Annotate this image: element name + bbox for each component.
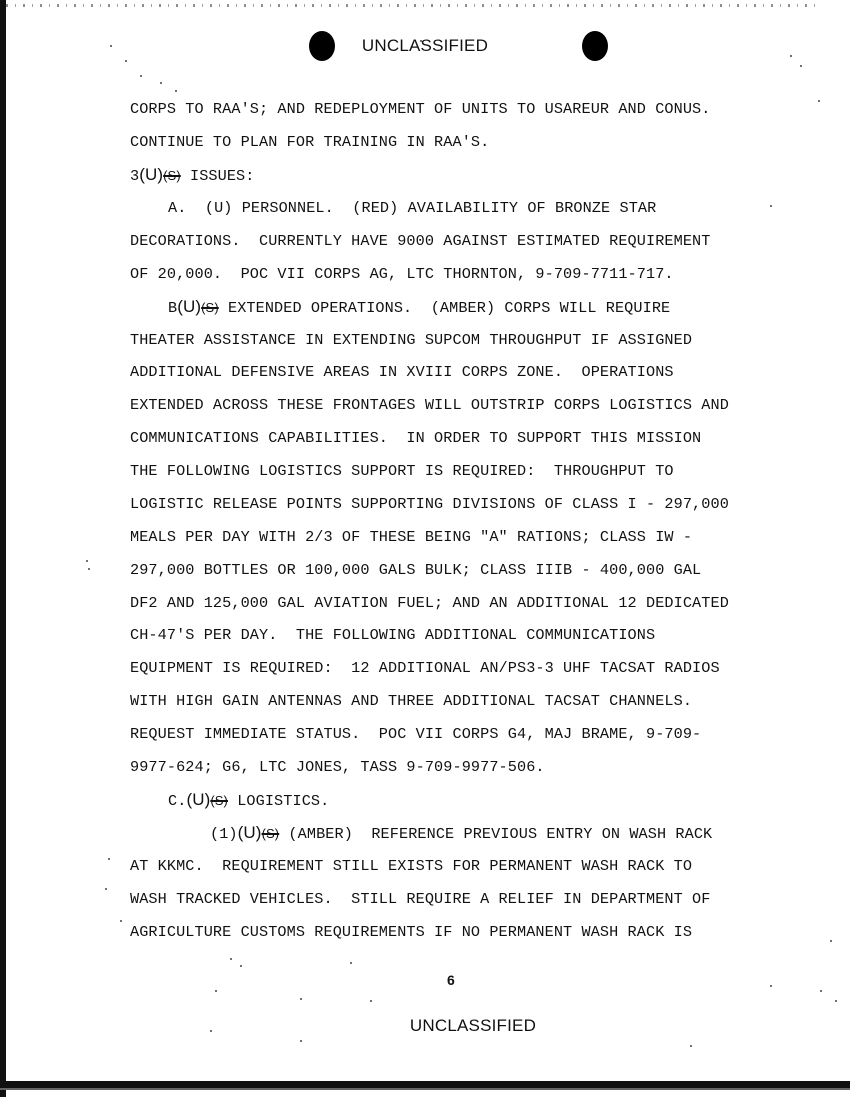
paragraph-number: B	[168, 299, 177, 317]
text-line: AT KKMC. REQUIREMENT STILL EXISTS FOR PE…	[130, 856, 692, 876]
text-line: CH-47'S PER DAY. THE FOLLOWING ADDITIONA…	[130, 625, 655, 645]
struck-classification-marking: (S)	[262, 826, 280, 841]
classification-marking: (U)	[177, 297, 201, 316]
scan-speck	[86, 560, 88, 562]
line-text: EXTENDED OPERATIONS. (AMBER) CORPS WILL …	[228, 299, 670, 317]
text-line: THE FOLLOWING LOGISTICS SUPPORT IS REQUI…	[130, 461, 674, 481]
scan-border-bottom	[0, 1081, 850, 1088]
scan-speck	[770, 985, 772, 987]
paragraph-number: C.	[168, 792, 186, 810]
scan-speck	[420, 40, 422, 42]
struck-classification-marking: (S)	[201, 300, 219, 315]
line-text: EQUIPMENT IS REQUIRED: 12 ADDITIONAL AN/…	[130, 659, 720, 677]
line-text: LOGISTIC RELEASE POINTS SUPPORTING DIVIS…	[130, 495, 729, 513]
scan-speck	[818, 100, 820, 102]
scan-speck	[800, 65, 802, 67]
scan-speck	[350, 962, 352, 964]
line-text: 297,000 BOTTLES OR 100,000 GALS BULK; CL…	[130, 561, 701, 579]
paragraph-number: (1)	[210, 825, 238, 843]
scan-speck	[160, 82, 162, 84]
text-line: (1)(U)(S) (AMBER) REFERENCE PREVIOUS ENT…	[210, 823, 712, 844]
line-text: THEATER ASSISTANCE IN EXTENDING SUPCOM T…	[130, 331, 692, 349]
struck-classification-marking: (S)	[163, 168, 181, 183]
classification-marking: (U)	[186, 790, 210, 809]
text-line: ADDITIONAL DEFENSIVE AREAS IN XVIII CORP…	[130, 362, 674, 382]
scan-speck	[105, 888, 107, 890]
scan-border-bottom-shadow	[0, 1088, 850, 1090]
scan-speck	[240, 965, 242, 967]
line-text: AGRICULTURE CUSTOMS REQUIREMENTS IF NO P…	[130, 923, 692, 941]
line-text: ISSUES:	[190, 167, 255, 185]
text-line: A. (U) PERSONNEL. (RED) AVAILABILITY OF …	[168, 198, 656, 218]
text-line: 297,000 BOTTLES OR 100,000 GALS BULK; CL…	[130, 560, 701, 580]
line-text: DECORATIONS. CURRENTLY HAVE 9000 AGAINST…	[130, 232, 710, 250]
scan-speck	[820, 990, 822, 992]
text-line: 3(U)(S) ISSUES:	[130, 165, 254, 186]
line-text: ADDITIONAL DEFENSIVE AREAS IN XVIII CORP…	[130, 363, 674, 381]
line-text: A. (U) PERSONNEL. (RED) AVAILABILITY OF …	[168, 199, 656, 217]
scan-noise-top	[6, 4, 816, 7]
scan-speck	[690, 1045, 692, 1047]
scan-speck	[770, 205, 772, 207]
line-text: MEALS PER DAY WITH 2/3 OF THESE BEING "A…	[130, 528, 692, 546]
scan-speck	[790, 55, 792, 57]
classification-marking: (U)	[139, 165, 163, 184]
line-text: REQUEST IMMEDIATE STATUS. POC VII CORPS …	[130, 725, 701, 743]
scan-speck	[88, 568, 90, 570]
text-line: C.(U)(S) LOGISTICS.	[168, 790, 329, 811]
scan-speck	[370, 1000, 372, 1002]
scan-speck	[110, 45, 112, 47]
line-text: THE FOLLOWING LOGISTICS SUPPORT IS REQUI…	[130, 462, 674, 480]
scan-border-left	[0, 0, 6, 1097]
text-line: COMMUNICATIONS CAPABILITIES. IN ORDER TO…	[130, 428, 701, 448]
scan-speck	[175, 90, 177, 92]
scan-speck	[230, 958, 232, 960]
paragraph-number: 3	[130, 167, 139, 185]
line-text: OF 20,000. POC VII CORPS AG, LTC THORNTO…	[130, 265, 674, 283]
scan-speck	[215, 990, 217, 992]
text-line: REQUEST IMMEDIATE STATUS. POC VII CORPS …	[130, 724, 701, 744]
scan-speck	[300, 1040, 302, 1042]
struck-classification-marking: (S)	[210, 793, 228, 808]
page-number: 6	[447, 972, 455, 988]
text-line: OF 20,000. POC VII CORPS AG, LTC THORNTO…	[130, 264, 674, 284]
text-line: CONTINUE TO PLAN FOR TRAINING IN RAA'S.	[130, 132, 489, 152]
scan-speck	[108, 858, 110, 860]
text-line: DF2 AND 125,000 GAL AVIATION FUEL; AND A…	[130, 593, 729, 613]
scan-speck	[835, 1000, 837, 1002]
text-line: B(U)(S) EXTENDED OPERATIONS. (AMBER) COR…	[168, 297, 670, 318]
line-text: CONTINUE TO PLAN FOR TRAINING IN RAA'S.	[130, 133, 489, 151]
text-line: 9977-624; G6, LTC JONES, TASS 9-709-9977…	[130, 757, 545, 777]
scan-speck	[125, 60, 127, 62]
text-line: MEALS PER DAY WITH 2/3 OF THESE BEING "A…	[130, 527, 692, 547]
line-text: COMMUNICATIONS CAPABILITIES. IN ORDER TO…	[130, 429, 701, 447]
line-text: DF2 AND 125,000 GAL AVIATION FUEL; AND A…	[130, 594, 729, 612]
text-line: CORPS TO RAA'S; AND REDEPLOYMENT OF UNIT…	[130, 99, 710, 119]
text-line: EXTENDED ACROSS THESE FRONTAGES WILL OUT…	[130, 395, 729, 415]
text-line: WASH TRACKED VEHICLES. STILL REQUIRE A R…	[130, 889, 710, 909]
text-line: THEATER ASSISTANCE IN EXTENDING SUPCOM T…	[130, 330, 692, 350]
line-text: WASH TRACKED VEHICLES. STILL REQUIRE A R…	[130, 890, 710, 908]
scan-speck	[210, 1030, 212, 1032]
line-text: WITH HIGH GAIN ANTENNAS AND THREE ADDITI…	[130, 692, 692, 710]
line-text: CORPS TO RAA'S; AND REDEPLOYMENT OF UNIT…	[130, 100, 710, 118]
scan-speck	[140, 75, 142, 77]
line-text: EXTENDED ACROSS THESE FRONTAGES WILL OUT…	[130, 396, 729, 414]
classification-header: UNCLASSIFIED	[0, 36, 850, 56]
scan-speck	[120, 920, 122, 922]
text-line: EQUIPMENT IS REQUIRED: 12 ADDITIONAL AN/…	[130, 658, 720, 678]
text-line: LOGISTIC RELEASE POINTS SUPPORTING DIVIS…	[130, 494, 729, 514]
line-text: (AMBER) REFERENCE PREVIOUS ENTRY ON WASH…	[288, 825, 712, 843]
classification-footer: UNCLASSIFIED	[48, 1016, 850, 1036]
scan-speck	[300, 998, 302, 1000]
line-text: LOGISTICS.	[237, 792, 329, 810]
text-line: AGRICULTURE CUSTOMS REQUIREMENTS IF NO P…	[130, 922, 692, 942]
line-text: CH-47'S PER DAY. THE FOLLOWING ADDITIONA…	[130, 626, 655, 644]
text-line: WITH HIGH GAIN ANTENNAS AND THREE ADDITI…	[130, 691, 692, 711]
text-line: DECORATIONS. CURRENTLY HAVE 9000 AGAINST…	[130, 231, 710, 251]
line-text: 9977-624; G6, LTC JONES, TASS 9-709-9977…	[130, 758, 545, 776]
scan-speck	[830, 940, 832, 942]
classification-marking: (U)	[238, 823, 262, 842]
line-text: AT KKMC. REQUIREMENT STILL EXISTS FOR PE…	[130, 857, 692, 875]
